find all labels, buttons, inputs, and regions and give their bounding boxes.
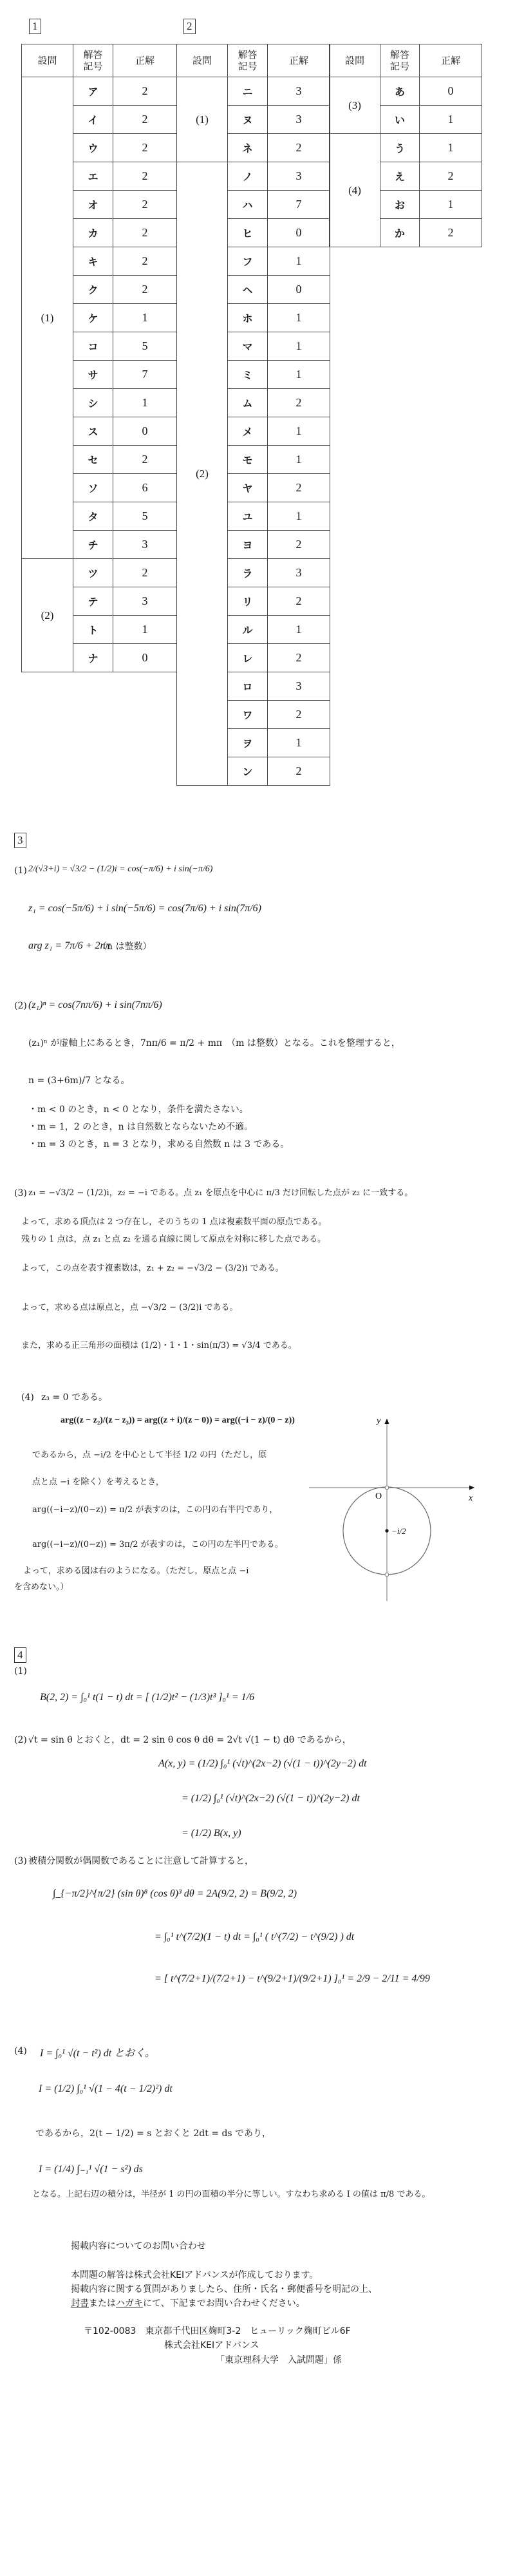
answer-symbol: ル — [228, 616, 268, 644]
answer-value: 0 — [113, 417, 177, 446]
s3-p1-line1: 2/(√3+i) = √3/2 − (1/2)i = cos(−π/6) + i… — [28, 864, 212, 875]
s4-p4-line5: となる。上記右辺の積分は，半径が 1 の円の面積の半分に等しい。すなわち求める … — [32, 2188, 430, 2201]
answer-value: 1 — [268, 616, 330, 644]
s3-p3-label: (3) — [14, 1187, 27, 1200]
s3-p3-line5: よって，求める点は原点と，点 −√3/2 − (3/2)i である。 — [21, 1302, 238, 1314]
header-question: 設問 — [330, 44, 380, 77]
s3-p4-line8: を含めない。） — [14, 1581, 69, 1594]
section-4-number: 4 — [14, 1647, 26, 1663]
answer-symbol: ノ — [228, 162, 268, 191]
s4-p3-line3: = ∫₀¹ t^(7/2)(1 − t) dt = ∫₀¹ ( t^(7/2) … — [154, 1931, 354, 1943]
answer-value: 1 — [113, 389, 177, 417]
section-2-answer-table-left: 設問 解答 記号 正解(1)ニ3ヌ3ネ2(2)ノ3ハ7ヒ0フ1ヘ0ホ1マ1ミ1ム… — [176, 44, 330, 786]
sealed-letter-text: 封書 — [71, 2298, 89, 2309]
answer-value: 2 — [268, 587, 330, 616]
answer-value: 2 — [268, 134, 330, 162]
answer-symbol: テ — [73, 587, 113, 616]
s3-p2-bullet-2: ・m = 1，2 のとき，n は自然数とならないため不適。 — [28, 1121, 253, 1133]
answer-symbol: カ — [73, 219, 113, 247]
answer-value: 0 — [268, 219, 330, 247]
answer-symbol: ム — [228, 389, 268, 417]
answer-value: 3 — [268, 106, 330, 134]
inquiry-line-3-a: または — [89, 2298, 116, 2309]
s3-p1-line2: z₁ = cos(−5π/6) + i sin(−5π/6) = cos(7π/… — [28, 903, 261, 914]
answer-symbol: ニ — [228, 77, 268, 106]
answer-symbol: い — [380, 106, 420, 134]
s3-p4-label: (4) — [21, 1391, 34, 1404]
excluded-minus-i-point — [385, 1573, 389, 1577]
s3-p3-line4: よって，この点を表す複素数は，z₁ + z₂ = −√3/2 − (3/2)i … — [21, 1262, 284, 1275]
section-2-answer-table-right: 設問 解答 記号 正解(3)あ0い1(4)う1え2お1か2 — [329, 44, 482, 247]
answer-value: 2 — [113, 219, 177, 247]
s4-p4-line3: であるから，2(t − 1/2) = s とおくと 2dt = ds であり， — [35, 2127, 271, 2140]
answer-symbol: お — [380, 191, 420, 219]
answer-symbol: シ — [73, 389, 113, 417]
answer-symbol: リ — [228, 587, 268, 616]
answer-symbol: ヘ — [228, 276, 268, 304]
answer-value: 2 — [113, 106, 177, 134]
answer-value: 2 — [268, 389, 330, 417]
answer-symbol: ン — [228, 757, 268, 786]
answer-symbol: ナ — [73, 644, 113, 672]
s4-p3-line1: 被積分関数が偶関数であることに注意して計算すると， — [28, 1855, 254, 1868]
answer-symbol: メ — [228, 417, 268, 446]
answer-symbol: ト — [73, 616, 113, 644]
s3-p4-line2: arg((z − z₂)/(z − z₃)) = arg((z + i)/(z … — [61, 1416, 295, 1426]
s4-p2-line2: A(x, y) = (1/2) ∫₀¹ (√t)^(2x−2) (√(1 − t… — [158, 1758, 367, 1770]
s3-p4-line6: arg((−i−z)/(0−z)) = 3π/2 が表すのは，この円の左半円であ… — [32, 1539, 283, 1551]
s3-p4-line7: よって，求める図は右のようになる。（ただし，原点と点 −i — [23, 1565, 248, 1578]
question-number: (2) — [177, 162, 228, 786]
answer-value: 2 — [113, 77, 177, 106]
answer-symbol: ク — [73, 276, 113, 304]
answer-value: 2 — [268, 644, 330, 672]
answer-symbol: イ — [73, 106, 113, 134]
answer-value: 5 — [113, 332, 177, 361]
s4-p4-label: (4) — [14, 2045, 27, 2058]
answer-symbol: ハ — [228, 191, 268, 219]
answer-symbol: サ — [73, 361, 113, 389]
answer-symbol: ユ — [228, 502, 268, 531]
s4-p3-line2: ∫_{−π/2}^{π/2} (sin θ)⁸ (cos θ)³ dθ = 2A… — [53, 1888, 297, 1900]
table-header-row: 設問 解答 記号 正解 — [330, 44, 482, 77]
answer-value: 5 — [113, 502, 177, 531]
answer-symbol: ロ — [228, 672, 268, 701]
s4-p2-label: (2) — [14, 1734, 27, 1747]
s3-p3-line3: 残りの 1 点は，点 z₁ と点 z₂ を通る直線に関して原点を対称に移した点で… — [21, 1233, 326, 1246]
answer-value: 6 — [113, 474, 177, 502]
s4-p4-line2: I = (1/2) ∫₀¹ √(1 − 4(t − 1/2)²) dt — [39, 2083, 173, 2095]
header-answer: 正解 — [268, 44, 330, 77]
question-number: (1) — [22, 77, 73, 559]
inquiry-title: 掲載内容についてのお問い合わせ — [71, 2240, 206, 2253]
header-symbol: 解答 記号 — [228, 44, 268, 77]
answer-symbol: レ — [228, 644, 268, 672]
answer-value: 2 — [268, 757, 330, 786]
answer-symbol: セ — [73, 446, 113, 474]
s3-p2-line3: n = (3+6m)/7 となる。 — [28, 1074, 129, 1087]
answer-symbol: ミ — [228, 361, 268, 389]
answer-symbol: ヒ — [228, 219, 268, 247]
section-3-number: 3 — [14, 833, 26, 848]
answer-symbol: ツ — [73, 559, 113, 587]
question-number: (4) — [330, 134, 380, 247]
answer-value: 3 — [113, 587, 177, 616]
answer-symbol: ケ — [73, 304, 113, 332]
header-question: 設問 — [22, 44, 73, 77]
s4-p3-line4: = [ t^(7/2+1)/(7/2+1) − t^(9/2+1)/(9/2+1… — [154, 1973, 430, 1985]
header-answer: 正解 — [420, 44, 482, 77]
answer-symbol: チ — [73, 531, 113, 559]
answer-symbol: コ — [73, 332, 113, 361]
answer-value: 1 — [268, 247, 330, 276]
answer-symbol: あ — [380, 77, 420, 106]
answer-value: 2 — [268, 474, 330, 502]
section-2-number: 2 — [183, 19, 196, 34]
answer-symbol: ス — [73, 417, 113, 446]
answer-symbol: ヤ — [228, 474, 268, 502]
complex-plane-figure: x y O −i/2 — [309, 1391, 515, 1604]
answer-value: 3 — [268, 672, 330, 701]
center-point — [385, 1529, 388, 1532]
s3-p2-bullet-3: ・m = 3 のとき，n = 3 となり，求める自然数 n は 3 である。 — [28, 1138, 289, 1151]
answer-value: 2 — [113, 191, 177, 219]
s3-p3-line2: よって，求める頂点は 2 つ存在し，そのうちの 1 点は複素数平面の原点である。 — [21, 1216, 327, 1229]
origin-label: O — [375, 1492, 382, 1501]
s4-p4-line4: I = (1/4) ∫₋₁¹ √(1 − s²) ds — [39, 2163, 143, 2175]
s3-p2-label: (2) — [14, 999, 27, 1012]
s4-p1-label: (1) — [14, 1665, 27, 1678]
header-symbol: 解答 記号 — [73, 44, 113, 77]
center-label: −i/2 — [391, 1526, 406, 1536]
answer-value: 1 — [113, 616, 177, 644]
answer-symbol: オ — [73, 191, 113, 219]
table-row: (2)ツ2 — [22, 559, 177, 587]
answer-symbol: ラ — [228, 559, 268, 587]
answer-symbol: ヌ — [228, 106, 268, 134]
header-symbol: 解答 記号 — [380, 44, 420, 77]
answer-symbol: ウ — [73, 134, 113, 162]
answer-value: 1 — [268, 304, 330, 332]
s3-p3-line1: z₁ = −√3/2 − (1/2)i，z₂ = −i である。点 z₁ を原点… — [28, 1187, 413, 1200]
y-axis-label: y — [375, 1416, 381, 1426]
answer-value: 0 — [268, 276, 330, 304]
answer-value: 3 — [113, 531, 177, 559]
answer-value: 0 — [113, 644, 177, 672]
answer-symbol: モ — [228, 446, 268, 474]
answer-value: 2 — [113, 247, 177, 276]
section-1-answer-table: 設問 解答 記号 正解(1)ア2イ2ウ2エ2オ2カ2キ2ク2ケ1コ5サ7シ1ス0… — [21, 44, 177, 672]
answer-value: 7 — [268, 191, 330, 219]
inquiry-line-1: 本問題の解答は株式会社KEIアドバンスが作成しております。 — [71, 2269, 318, 2282]
header-question: 設問 — [177, 44, 228, 77]
question-number: (1) — [177, 77, 228, 162]
answer-value: 3 — [268, 77, 330, 106]
table-header-row: 設問 解答 記号 正解 — [22, 44, 177, 77]
s4-p3-label: (3) — [14, 1855, 27, 1868]
answer-value: 1 — [420, 106, 482, 134]
answer-symbol: ヲ — [228, 729, 268, 757]
s3-p4-line5: arg((−i−z)/(0−z)) = π/2 が表すのは，この円の右半円であり… — [32, 1504, 277, 1517]
answer-symbol: エ — [73, 162, 113, 191]
answer-value: 2 — [420, 219, 482, 247]
inquiry-line-3-b: にて、下記までお問い合わせください。 — [143, 2298, 305, 2309]
answer-value: 1 — [420, 191, 482, 219]
answer-symbol: ソ — [73, 474, 113, 502]
answer-value: 2 — [113, 446, 177, 474]
s4-p1-line1: B(2, 2) = ∫₀¹ t(1 − t) dt = [ (1/2)t² − … — [40, 1692, 254, 1703]
s3-p2-line2: (z₁)ⁿ が虚軸上にあるとき，7nπ/6 = π/2 + mπ （m は整数）… — [28, 1037, 400, 1050]
question-number: (2) — [22, 559, 73, 672]
answer-value: 1 — [268, 729, 330, 757]
postal-address: 〒102-0083 東京都千代田区麹町3-2 ヒューリック麹町ビル6F — [84, 2325, 351, 2338]
answer-value: 2 — [113, 162, 177, 191]
answer-symbol: フ — [228, 247, 268, 276]
answer-symbol: ネ — [228, 134, 268, 162]
s3-p1-label: (1) — [14, 864, 27, 877]
postcard-text: ハガキ — [116, 2298, 143, 2309]
answer-symbol: キ — [73, 247, 113, 276]
answer-value: 1 — [268, 332, 330, 361]
s4-p2-line3: = (1/2) ∫₀¹ (√t)^(2x−2) (√(1 − t))^(2y−2… — [182, 1793, 360, 1804]
answer-value: 7 — [113, 361, 177, 389]
s4-p2-line1: √t = sin θ とおくと，dt = 2 sin θ cos θ dθ = … — [28, 1734, 351, 1747]
answer-value: 2 — [113, 559, 177, 587]
table-row: (1)ア2 — [22, 77, 177, 106]
answer-symbol: か — [380, 219, 420, 247]
table-header-row: 設問 解答 記号 正解 — [177, 44, 330, 77]
section-1-number: 1 — [29, 19, 41, 34]
question-number: (3) — [330, 77, 380, 134]
inquiry-line-2: 掲載内容に関する質問がありましたら、住所・氏名・郵便番号を明記の上、 — [71, 2283, 377, 2297]
s3-p2-bullet-1: ・m < 0 のとき，n < 0 となり，条件を満たさない。 — [28, 1103, 248, 1116]
answer-value: 1 — [268, 361, 330, 389]
s3-p3-line6: また，求める正三角形の面積は (1/2)・1・1・sin(π/3) = √3/4… — [21, 1340, 297, 1352]
answer-value: 2 — [420, 162, 482, 191]
answer-symbol: ホ — [228, 304, 268, 332]
answer-value: 0 — [420, 77, 482, 106]
header-answer: 正解 — [113, 44, 177, 77]
answer-symbol: え — [380, 162, 420, 191]
answer-value: 3 — [268, 162, 330, 191]
s3-p4-line3: であるから，点 −i/2 を中心として半径 1/2 の円（ただし，原 — [32, 1449, 267, 1462]
answer-value: 1 — [268, 502, 330, 531]
answer-symbol: タ — [73, 502, 113, 531]
answer-symbol: う — [380, 134, 420, 162]
answer-value: 2 — [268, 531, 330, 559]
answer-value: 2 — [113, 134, 177, 162]
department: 「東京理科大学 入試問題」係 — [216, 2354, 342, 2367]
answer-value: 2 — [113, 276, 177, 304]
answer-value: 3 — [268, 559, 330, 587]
inquiry-line-3: 封書またはハガキにて、下記までお問い合わせください。 — [71, 2297, 305, 2311]
table-row: (1)ニ3 — [177, 77, 330, 106]
table-row: (4)う1 — [330, 134, 482, 162]
s3-p1-line3-note: （n は整数） — [98, 940, 151, 953]
answer-symbol: マ — [228, 332, 268, 361]
s3-p2-line1: (z₁)ⁿ = cos(7nπ/6) + i sin(7nπ/6) — [28, 999, 162, 1011]
answer-value: 1 — [113, 304, 177, 332]
company-name: 株式会社KEIアドバンス — [164, 2339, 259, 2353]
s4-p4-line1: I = ∫₀¹ √(t − t²) dt とおく。 — [40, 2045, 155, 2060]
answer-value: 1 — [268, 446, 330, 474]
answer-value: 2 — [268, 701, 330, 729]
table-row: (2)ノ3 — [177, 162, 330, 191]
answer-symbol: ア — [73, 77, 113, 106]
s4-p2-line4: = (1/2) B(x, y) — [182, 1828, 241, 1839]
answer-symbol: ワ — [228, 701, 268, 729]
answer-value: 1 — [420, 134, 482, 162]
x-axis-label: x — [468, 1493, 473, 1503]
table-row: (3)あ0 — [330, 77, 482, 106]
s3-p4-line1: z₃ = 0 である。 — [41, 1391, 108, 1404]
s3-p4-line4: 点と点 −i を除く）を考えるとき， — [32, 1476, 164, 1489]
excluded-origin-point — [385, 1486, 389, 1490]
answer-symbol: ヨ — [228, 531, 268, 559]
answer-value: 1 — [268, 417, 330, 446]
